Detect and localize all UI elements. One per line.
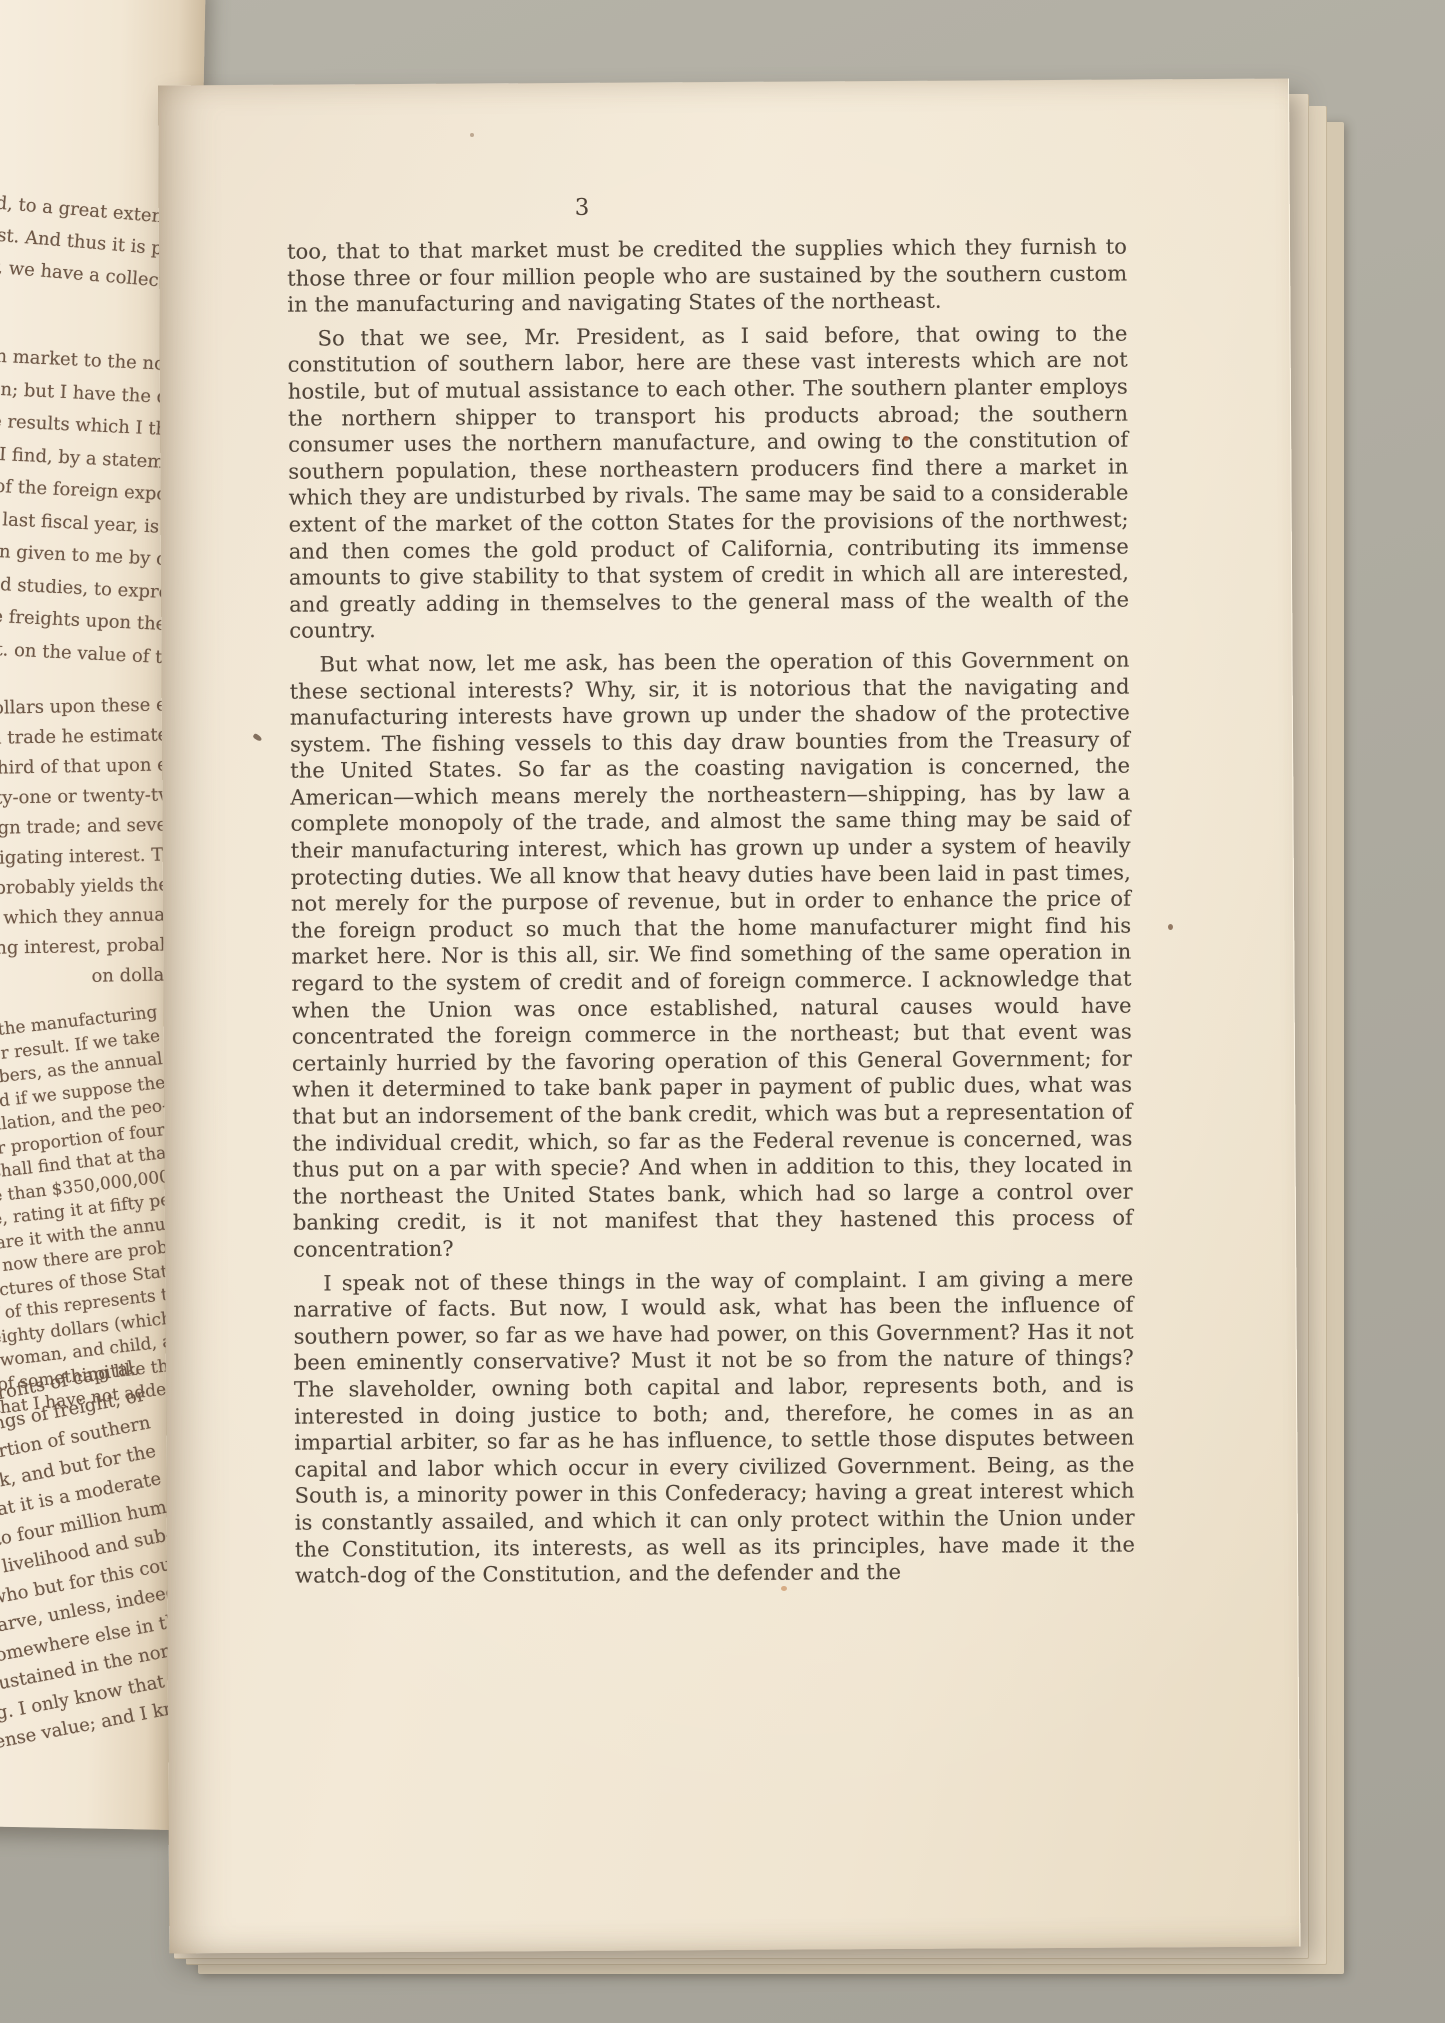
left-page-text-line: on dollars.: [0, 960, 188, 999]
pamphlet-page: 3 too, that to that market must be credi…: [158, 79, 1300, 1954]
foxing-spot: [903, 436, 909, 441]
foxing-spot: [1168, 924, 1173, 930]
foxing-spot: [470, 133, 474, 137]
left-page-text-fragment-group: million dollars upon these ex-he return …: [0, 690, 188, 999]
page-body-text: too, that to that market must be credite…: [287, 234, 1135, 1590]
photo-background: said, to a great extent, ofst. And thus …: [0, 0, 1445, 2023]
paragraph: too, that to that market must be credite…: [287, 234, 1127, 319]
foxing-spot: [781, 1586, 787, 1591]
paragraph: So that we see, Mr. President, as I said…: [287, 320, 1129, 644]
paragraph: But what now, let me ask, has been the o…: [289, 646, 1133, 1263]
page-number: 3: [287, 192, 1127, 223]
paragraph: I speak not of these things in the way o…: [293, 1265, 1135, 1589]
